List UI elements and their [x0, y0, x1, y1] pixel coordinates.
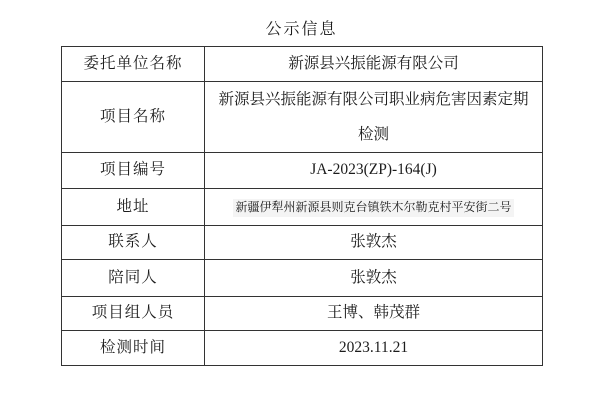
table-row-contact-person: 联系人 张敦杰 [62, 226, 543, 260]
row-value: 新源县兴振能源有限公司 [205, 47, 543, 82]
table-row-project-number: 项目编号 JA-2023(ZP)-164(J) [62, 153, 543, 189]
row-value: 2023.11.21 [205, 331, 543, 366]
row-label: 项目编号 [62, 153, 205, 189]
row-label: 地址 [62, 189, 205, 226]
row-label: 陪同人 [62, 260, 205, 297]
row-value: 新源县兴振能源有限公司职业病危害因素定期检测 [205, 82, 543, 153]
table-row-entrusting-unit: 委托单位名称 新源县兴振能源有限公司 [62, 47, 543, 82]
row-label: 项目组人员 [62, 297, 205, 331]
row-label: 项目名称 [62, 82, 205, 153]
table-row-accompanying-person: 陪同人 张敦杰 [62, 260, 543, 297]
table-row-project-name: 项目名称 新源县兴振能源有限公司职业病危害因素定期检测 [62, 82, 543, 153]
project-name-text: 新源县兴振能源有限公司职业病危害因素定期检测 [216, 82, 532, 152]
table-row-address: 地址 新疆伊犁州新源县则克台镇铁木尔勒克村平安街二号 [62, 189, 543, 226]
row-value: JA-2023(ZP)-164(J) [205, 153, 543, 189]
row-label: 委托单位名称 [62, 47, 205, 82]
row-label: 检测时间 [62, 331, 205, 366]
address-text: 新疆伊犁州新源县则克台镇铁木尔勒克村平安街二号 [233, 199, 513, 217]
row-value: 王博、韩茂群 [205, 297, 543, 331]
info-table: 委托单位名称 新源县兴振能源有限公司 项目名称 新源县兴振能源有限公司职业病危害… [61, 46, 543, 366]
table-row-project-team: 项目组人员 王博、韩茂群 [62, 297, 543, 331]
page-title: 公示信息 [61, 16, 542, 39]
table-row-detection-time: 检测时间 2023.11.21 [62, 331, 543, 366]
row-value: 张敦杰 [205, 226, 543, 260]
row-value: 张敦杰 [205, 260, 543, 297]
row-label: 联系人 [62, 226, 205, 260]
row-value: 新疆伊犁州新源县则克台镇铁木尔勒克村平安街二号 [205, 189, 543, 226]
